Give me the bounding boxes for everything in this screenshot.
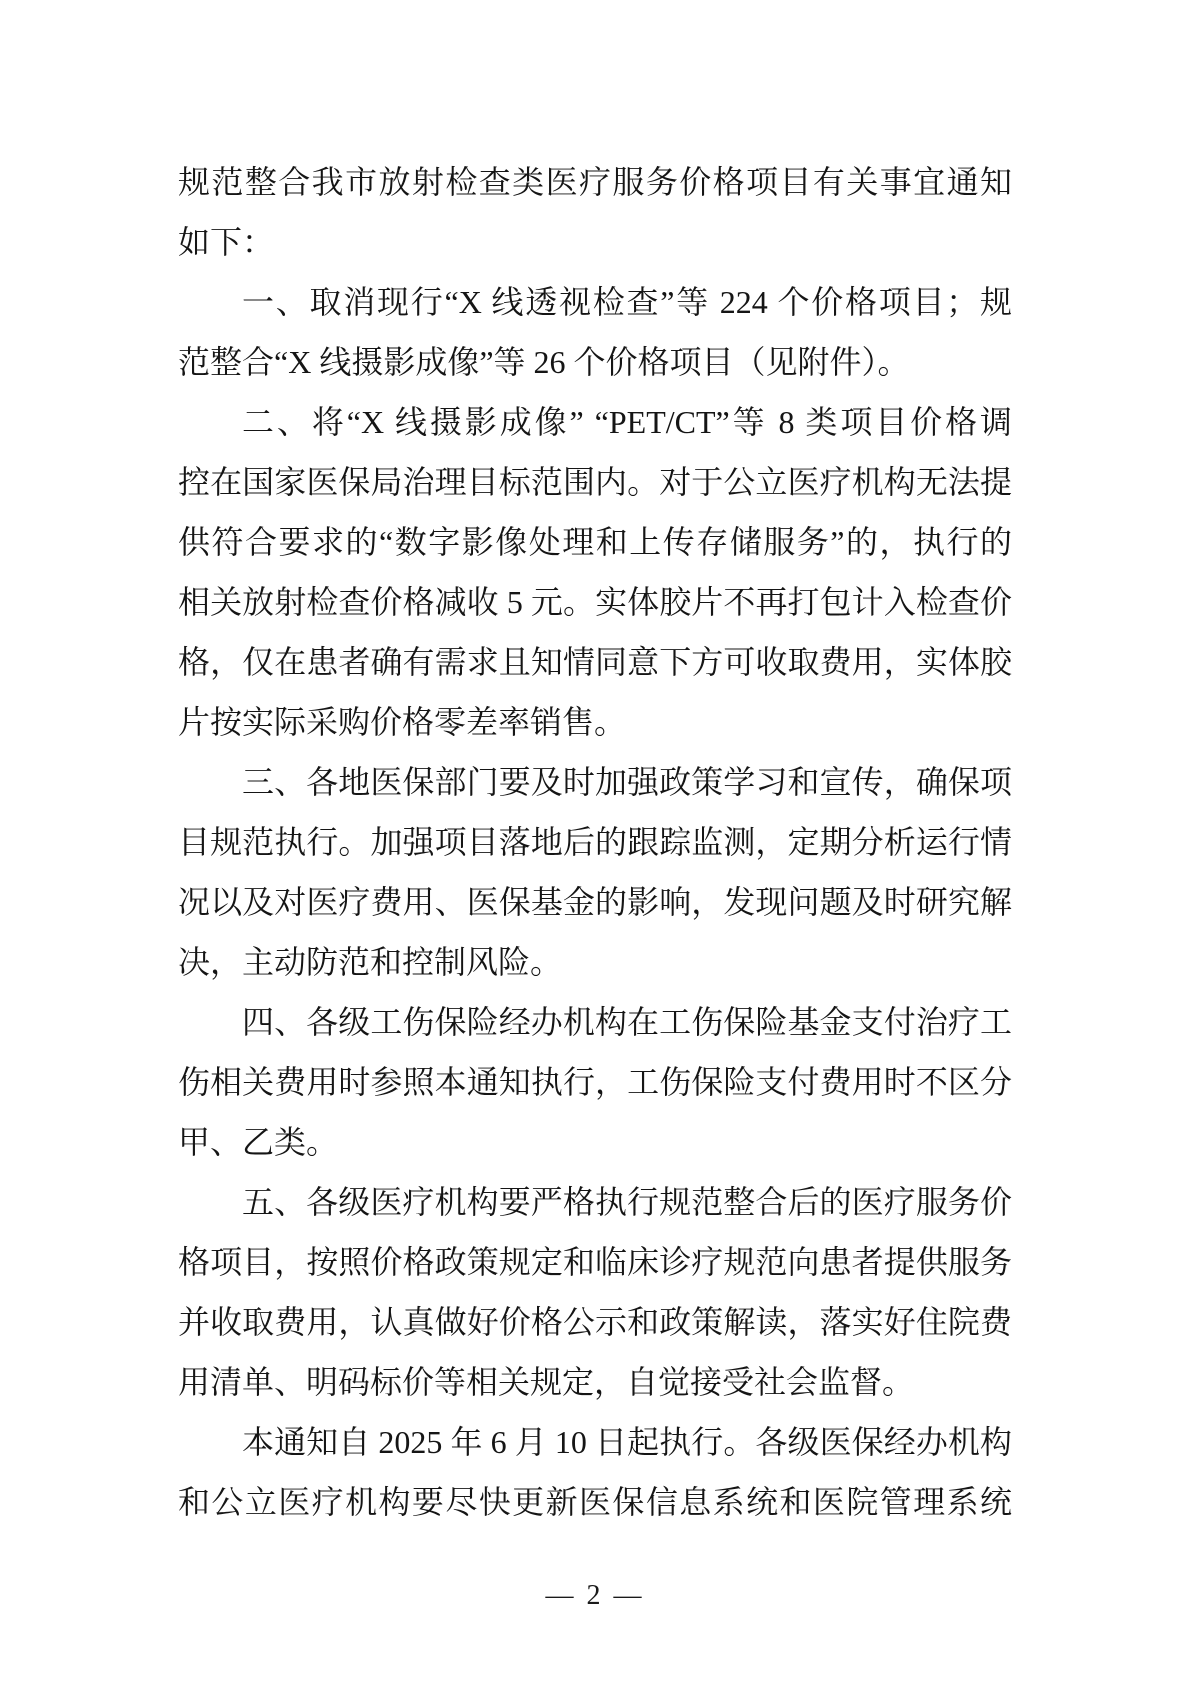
text-line: 二、将“X 线摄影成像” “PET/CT”等 8 类项目价格调 [178,392,1012,452]
text-line: 供符合要求的“数字影像处理和上传存储服务”的，执行的 [178,512,1012,572]
text-line: 格，仅在患者确有需求且知情同意下方可收取费用，实体胶 [178,632,1012,692]
text-line: 本通知自 2025 年 6 月 10 日起执行。各级医保经办机构 [178,1412,1012,1472]
text-line: 伤相关费用时参照本通知执行，工伤保险支付费用时不区分 [178,1052,1012,1112]
text-line: 并收取费用，认真做好价格公示和政策解读，落实好住院费 [178,1292,1012,1352]
text-line: 一、取消现行“X 线透视检查”等 224 个价格项目；规 [178,272,1012,332]
text-line: 三、各地医保部门要及时加强政策学习和宣传，确保项 [178,752,1012,812]
page-number: — 2 — [546,1580,645,1611]
text-line: 和公立医疗机构要尽快更新医保信息系统和医院管理系统 [178,1472,1012,1532]
text-line: 片按实际采购价格零差率销售。 [178,692,1012,752]
text-line: 决，主动防范和控制风险。 [178,932,1012,992]
text-line: 如下： [178,212,1012,272]
document-body: 规范整合我市放射检查类医疗服务价格项目有关事宜通知如下：一、取消现行“X 线透视… [178,152,1012,1532]
page-footer: — 2 — [0,1576,1190,1616]
text-line: 五、各级医疗机构要严格执行规范整合后的医疗服务价 [178,1172,1012,1232]
text-line: 控在国家医保局治理目标范围内。对于公立医疗机构无法提 [178,452,1012,512]
text-line: 规范整合我市放射检查类医疗服务价格项目有关事宜通知 [178,152,1012,212]
text-line: 相关放射检查价格减收 5 元。实体胶片不再打包计入检查价 [178,572,1012,632]
text-line: 范整合“X 线摄影成像”等 26 个价格项目（见附件）。 [178,332,1012,392]
text-line: 用清单、明码标价等相关规定，自觉接受社会监督。 [178,1352,1012,1412]
text-line: 甲、乙类。 [178,1112,1012,1172]
text-line: 目规范执行。加强项目落地后的跟踪监测，定期分析运行情 [178,812,1012,872]
text-line: 况以及对医疗费用、医保基金的影响，发现问题及时研究解 [178,872,1012,932]
text-line: 格项目，按照价格政策规定和临床诊疗规范向患者提供服务 [178,1232,1012,1292]
text-line: 四、各级工伤保险经办机构在工伤保险基金支付治疗工 [178,992,1012,1052]
